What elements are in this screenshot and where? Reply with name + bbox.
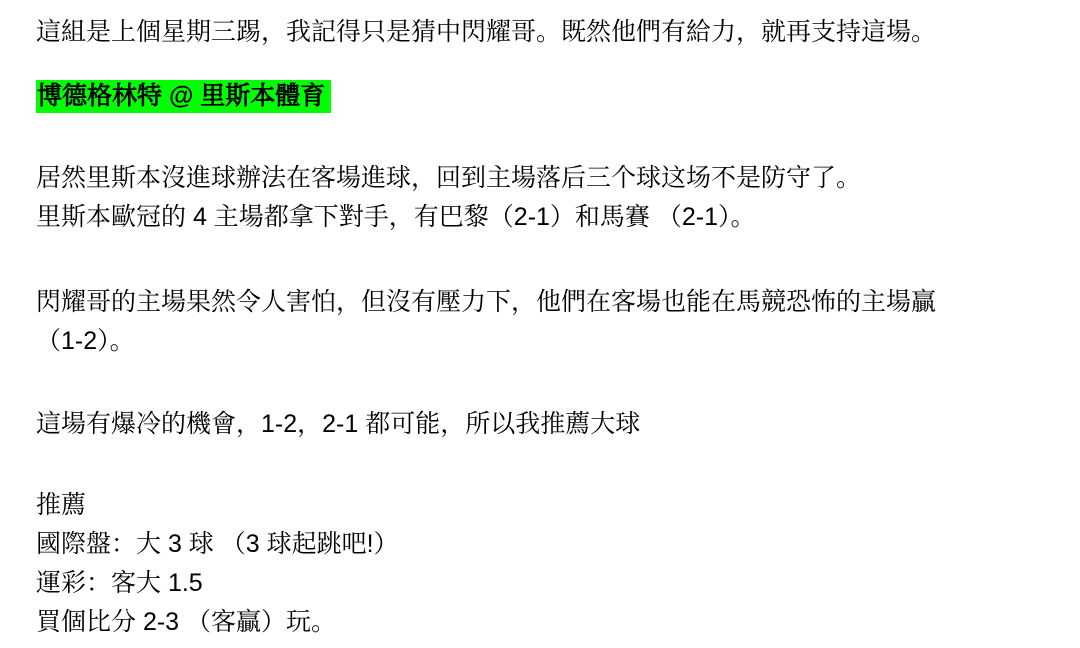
match-title-highlight: 博德格林特 @ 里斯本體育 [36, 80, 331, 113]
analysis-paragraph-2: 閃耀哥的主場果然令人害怕，但沒有壓力下，他們在客場也能在馬競恐怖的主場贏 （1-… [36, 283, 1062, 361]
paragraph-line: 居然里斯本沒進球辦法在客場進球，回到主場落后三个球这场不是防守了。 [36, 159, 1062, 198]
match-title-line: 博德格林特 @ 里斯本體育 [36, 77, 1062, 116]
recommendation-sportslottery-line: 運彩：客大 1.5 [36, 564, 1062, 603]
paragraph-line: 閃耀哥的主場果然令人害怕，但沒有壓力下，他們在客場也能在馬競恐怖的主場贏 [36, 283, 1062, 322]
paragraph-line: 里斯本歐冠的 4 主場都拿下對手，有巴黎（2-1）和馬賽 （2-1）。 [36, 198, 1062, 237]
recommendation-block: 推薦 國際盤：大 3 球 （3 球起跳吧!） 運彩：客大 1.5 買個比分 2-… [36, 486, 1062, 642]
paragraph-line: 這場有爆冷的機會，1-2，2-1 都可能，所以我推薦大球 [36, 405, 1062, 444]
intro-paragraph: 這組是上個星期三踢，我記得只是猜中閃耀哥。既然他們有給力，就再支持這場。 [36, 13, 1062, 52]
recommendation-score-line: 買個比分 2-3 （客贏）玩。 [36, 603, 1062, 642]
document-page: 這組是上個星期三踢，我記得只是猜中閃耀哥。既然他們有給力，就再支持這場。 博德格… [0, 0, 1080, 648]
paragraph-line: （1-2）。 [36, 322, 1062, 361]
analysis-paragraph-3: 這場有爆冷的機會，1-2，2-1 都可能，所以我推薦大球 [36, 405, 1062, 444]
analysis-paragraph-1: 居然里斯本沒進球辦法在客場進球，回到主場落后三个球这场不是防守了。 里斯本歐冠的… [36, 159, 1062, 237]
recommendation-international-line: 國際盤：大 3 球 （3 球起跳吧!） [36, 525, 1062, 564]
recommendation-heading: 推薦 [36, 486, 1062, 525]
